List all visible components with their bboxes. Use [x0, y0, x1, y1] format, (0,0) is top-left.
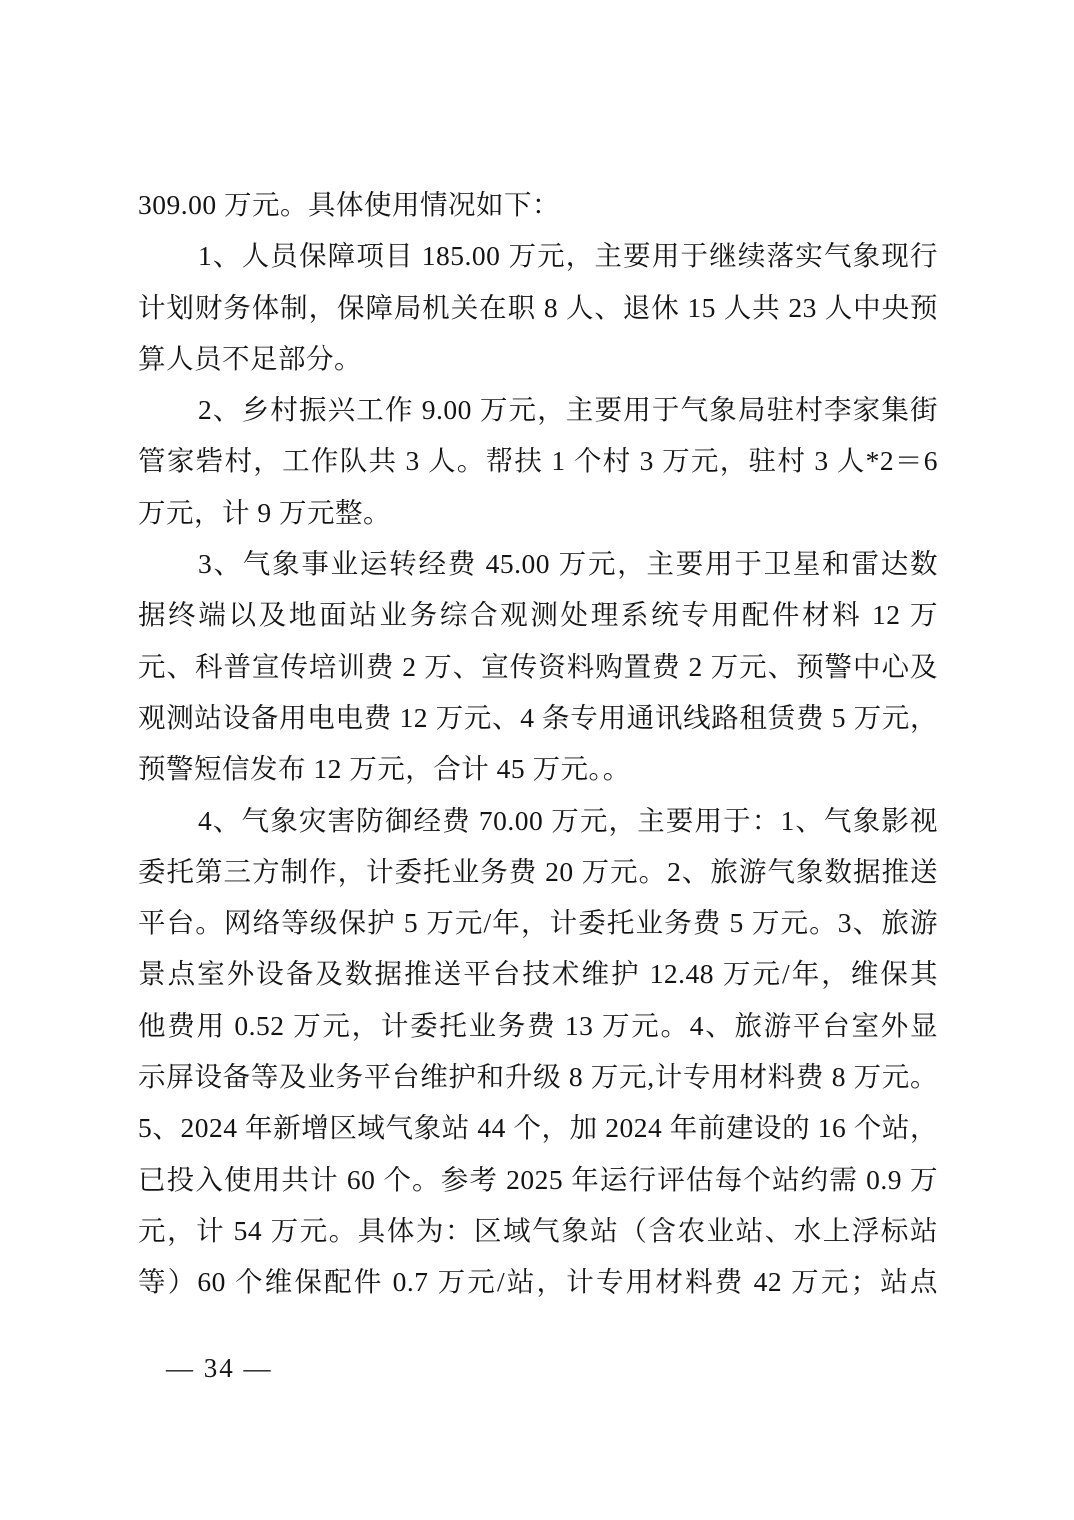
text-line: 示屏设备等及业务平台维护和升级 8 万元,计专用材料费 8 万元。 — [138, 1051, 938, 1102]
text-line: 3、气象事业运转经费 45.00 万元，主要用于卫星和雷达数 — [138, 538, 938, 589]
text-line: 已投入使用共计 60 个。参考 2025 年运行评估每个站约需 0.9 万 — [138, 1154, 938, 1205]
page-footer: — 34 — — [166, 1348, 273, 1388]
text-line: 1、人员保障项目 185.00 万元，主要用于继续落实气象现行 — [138, 230, 938, 281]
text-line: 预警短信发布 12 万元，合计 45 万元。。 — [138, 743, 938, 794]
text-line: 4、气象灾害防御经费 70.00 万元，主要用于：1、气象影视 — [138, 795, 938, 846]
text-line: 等）60 个维保配件 0.7 万元/站，计专用材料费 42 万元；站点 — [138, 1256, 938, 1307]
text-line: 他费用 0.52 万元，计委托业务费 13 万元。4、旅游平台室外显 — [138, 1000, 938, 1051]
text-line: 5、2024 年新增区域气象站 44 个，加 2024 年前建设的 16 个站， — [138, 1102, 938, 1153]
text-line: 计划财务体制，保障局机关在职 8 人、退休 15 人共 23 人中央预 — [138, 282, 938, 333]
text-line: 据终端以及地面站业务综合观测处理系统专用配件材料 12 万 — [138, 589, 938, 640]
text-line: 管家砦村，工作队共 3 人。帮扶 1 个村 3 万元，驻村 3 人*2＝6 — [138, 435, 938, 486]
text-line: 观测站设备用电电费 12 万元、4 条专用通讯线路租赁费 5 万元， — [138, 692, 938, 743]
text-line: 309.00 万元。具体使用情况如下： — [138, 179, 938, 230]
text-line: 景点室外设备及数据推送平台技术维护 12.48 万元/年，维保其 — [138, 948, 938, 999]
document-body: 309.00 万元。具体使用情况如下：1、人员保障项目 185.00 万元，主要… — [138, 179, 938, 1308]
document-page: 309.00 万元。具体使用情况如下：1、人员保障项目 185.00 万元，主要… — [0, 0, 1074, 1520]
text-line: 2、乡村振兴工作 9.00 万元，主要用于气象局驻村李家集街 — [138, 384, 938, 435]
text-line: 万元，计 9 万元整。 — [138, 487, 938, 538]
text-line: 平台。网络等级保护 5 万元/年，计委托业务费 5 万元。3、旅游 — [138, 897, 938, 948]
text-line: 元、科普宣传培训费 2 万、宣传资料购置费 2 万元、预警中心及 — [138, 641, 938, 692]
page-number: — 34 — — [166, 1353, 273, 1383]
text-line: 委托第三方制作，计委托业务费 20 万元。2、旅游气象数据推送 — [138, 846, 938, 897]
text-line: 算人员不足部分。 — [138, 333, 938, 384]
text-line: 元，计 54 万元。具体为：区域气象站（含农业站、水上浮标站 — [138, 1205, 938, 1256]
